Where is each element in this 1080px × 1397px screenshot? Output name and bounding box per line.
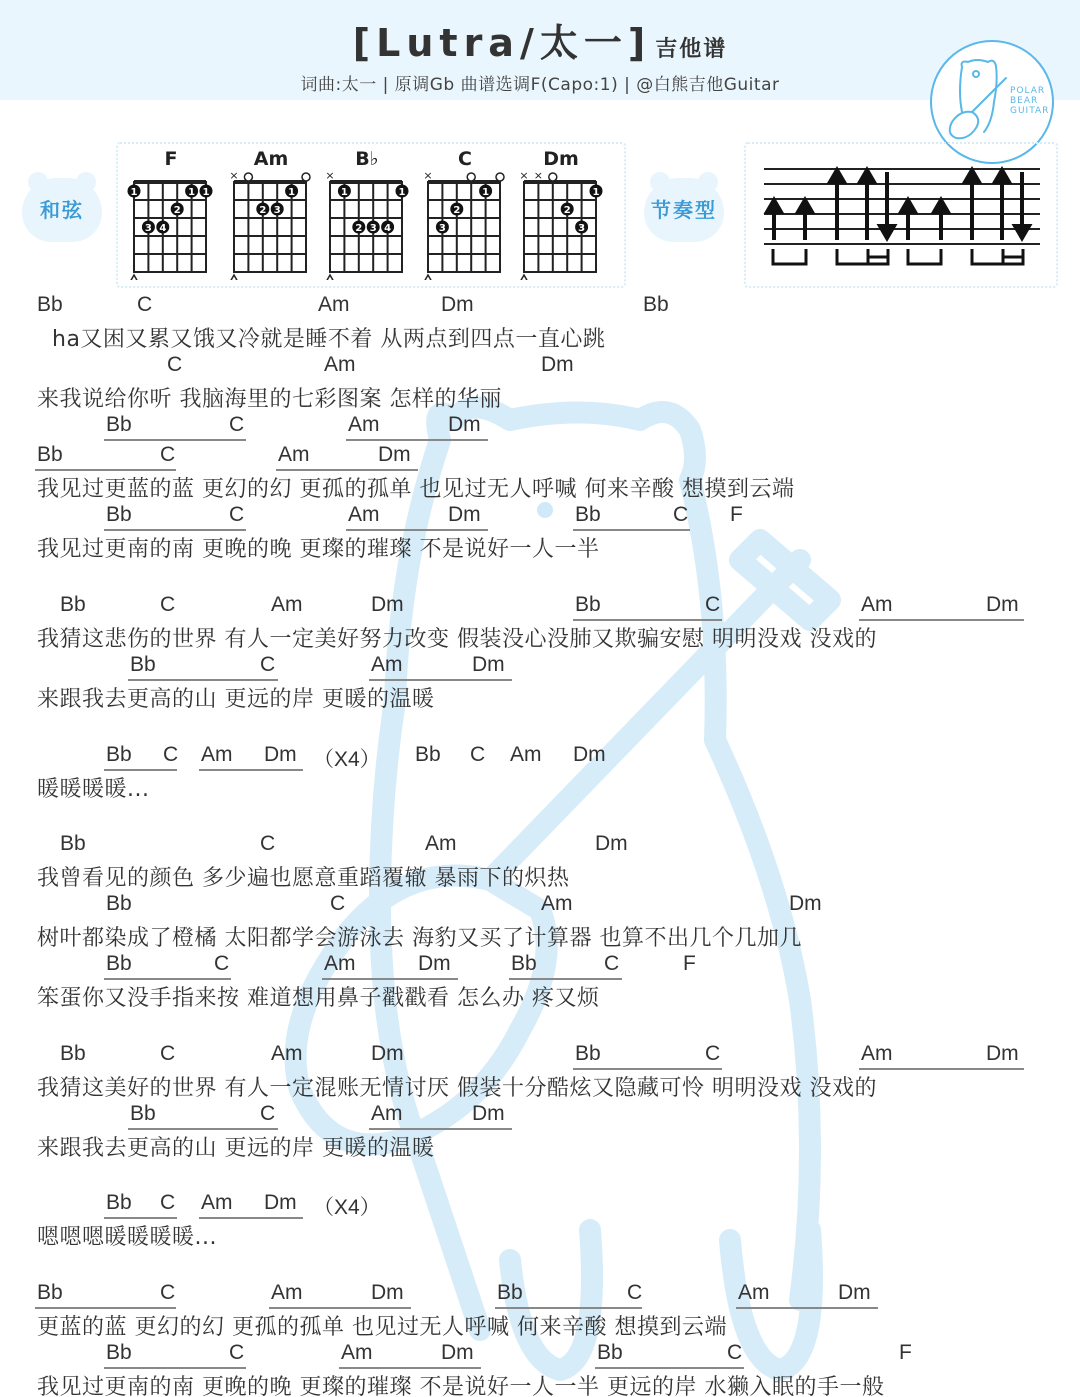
chord-symbol: Am [324,353,356,377]
chord-symbol: C [160,443,175,467]
svg-text:2: 2 [453,205,460,216]
chord-symbol: Dm [789,892,822,916]
lyric-line: 我猜这美好的世界 有人一定混账无情讨厌 假装十分酷炫又隐藏可怜 明明没戏 没戏的 [37,1071,877,1102]
chord-symbol: Bb [60,1042,86,1066]
chord-symbol: Am [371,1102,403,1126]
chord-symbol: Am [271,1042,303,1066]
lyric-line: 我见过更南的南 更晚的晚 更璨的璀璨 不是说好一人一半 [37,532,599,563]
chord-group-underline [104,978,231,980]
chord-symbol: Dm [264,743,297,767]
chord-symbol: Bb [60,593,86,617]
chord-symbol: Bb [106,1341,132,1365]
chord-group-underline [369,1128,512,1130]
chord-symbol: Bb [575,1042,601,1066]
chord-symbol: Am [348,503,380,527]
chord-group-underline [573,529,690,531]
chord-group-underline [104,769,177,771]
chord-symbol: Dm [371,593,404,617]
chord-group-underline [509,978,622,980]
svg-text:×: × [423,170,432,182]
chord-symbol: Am [541,892,573,916]
chord-symbol: Dm [441,293,474,317]
chord-symbol: C [229,503,244,527]
logo-text: POLARBEARGUITAR [1010,86,1049,116]
lyric-line: 树叶都染成了橙橘 太阳都学会游泳去 海豹又买了计算器 也算不出几个几加几 [37,921,802,952]
strum-pattern-diagram [744,142,1054,284]
chord-group-underline [346,529,488,531]
chord-group-underline [276,469,418,471]
chord-symbol: Bb [106,503,132,527]
chord-symbol: Bb [575,593,601,617]
lyric-line: 来我说给你听 我脑海里的七彩图案 怎样的华丽 [37,382,502,413]
chord-symbol: Am [324,952,356,976]
chord-group-underline [104,1217,177,1219]
chord-group-underline [859,1068,1024,1070]
chord-group-underline [104,529,246,531]
chord-symbol: （X4） [313,1191,381,1221]
lyric-line: 暖暖暖暖... [37,772,149,803]
beat-brackets [773,249,1023,264]
chord-symbol: Bb [106,413,132,437]
svg-text:×: × [534,170,543,182]
lyric-line: 我猜这悲伤的世界 有人一定美好努力改变 假装没心没肺又欺骗安慰 明明没戏 没戏的 [37,622,877,653]
chord-symbol: Am [318,293,350,317]
svg-text:×: × [325,170,334,182]
chord-name: F [126,148,216,170]
chord-symbol: Dm [472,1102,505,1126]
chord-symbol: C [260,1102,275,1126]
chord-symbol: C [727,1341,742,1365]
svg-text:2: 2 [564,205,571,216]
chord-symbol: Am [861,1042,893,1066]
chord-symbol: F [683,952,696,976]
svg-text:1: 1 [188,187,195,198]
fretboard-icon: ××123 [516,170,606,280]
chord-group-underline [369,679,512,681]
svg-text:3: 3 [439,223,446,234]
svg-text:1: 1 [203,187,210,198]
svg-text:4: 4 [159,223,166,234]
chord-name: C [420,148,510,170]
chord-symbol: Bb [106,952,132,976]
chord-group-underline [339,1367,481,1369]
lyric-line: 更蓝的蓝 更幻的幻 更孤的孤单 也见过无人呼喊 何来辛酸 想摸到云端 [37,1310,727,1341]
chord-symbol: Dm [441,1341,474,1365]
chord-symbol: C [627,1281,642,1305]
chord-group-underline [346,439,488,441]
chord-group-underline [128,1128,278,1130]
chord-symbol: Dm [472,653,505,677]
chord-symbol: Am [201,743,233,767]
chord-symbol: C [470,743,485,767]
chord-symbol: C [160,593,175,617]
chord-symbol: Am [278,443,310,467]
chord-group-underline [573,619,722,621]
chord-symbol: Am [348,413,380,437]
chord-symbol: Bb [60,832,86,856]
lyric-line: 来跟我去更高的山 更远的岸 更暖的温暖 [37,1131,435,1162]
chord-symbol: Bb [130,653,156,677]
chord-symbol: Dm [986,1042,1019,1066]
chord-symbol: C [160,1281,175,1305]
chord-group-underline [199,769,303,771]
chord-group-underline [199,1217,303,1219]
chord-symbol: C [167,353,182,377]
lyric-line: 我见过更南的南 更晚的晚 更璨的璀璨 不是说好一人一半 更远的岸 水獭入眠的手一… [37,1370,884,1397]
lyric-line: 笨蛋你又没手指来按 难道想用鼻子戳戳看 怎么办 疼又烦 [37,981,599,1012]
svg-text:4: 4 [384,223,391,234]
chord-symbol: C [160,1191,175,1215]
chord-group-underline [859,619,1024,621]
svg-text:2: 2 [174,205,181,216]
chord-symbol: Am [341,1341,373,1365]
chord-symbol: Bb [37,293,63,317]
chord-symbol: Dm [371,1042,404,1066]
svg-text:3: 3 [274,205,281,216]
svg-text:1: 1 [593,187,600,198]
svg-text:3: 3 [578,223,585,234]
fretboard-icon: 111234 [126,170,216,280]
chord-symbol: Dm [986,593,1019,617]
chord-diagram-1: Am×123 [226,148,316,280]
chord-symbol: C [330,892,345,916]
svg-text:1: 1 [399,187,406,198]
fretboard-icon: ×123 [420,170,510,280]
lyric-line: 我见过更蓝的蓝 更幻的幻 更孤的孤单 也见过无人呼喊 何来辛酸 想摸到云端 [37,472,794,503]
chord-symbol: F [899,1341,912,1365]
page-title: [Lutra/太一]吉他谱 [0,12,1080,67]
chord-symbol: Am [201,1191,233,1215]
chord-symbol: C [604,952,619,976]
chord-symbol: （X4） [313,743,381,773]
chord-symbol: Bb [37,1281,63,1305]
chord-symbol: C [229,413,244,437]
lyric-line: ha又困又累又饿又冷就是睡不着 从两点到四点一直心跳 [52,322,605,353]
chord-symbol: Bb [497,1281,523,1305]
chord-symbol: F [730,503,743,527]
svg-text:1: 1 [482,187,489,198]
chord-symbol: Dm [573,743,606,767]
chord-diagram-0: F111234 [126,148,216,280]
svg-text:2: 2 [355,223,362,234]
chord-diagram-4: Dm××123 [516,148,606,280]
chord-symbol: Dm [264,1191,297,1215]
chord-group-underline [35,469,176,471]
chord-symbol: Bb [643,293,669,317]
svg-text:1: 1 [288,187,295,198]
chord-group-underline [573,1068,722,1070]
chord-symbol: Bb [511,952,537,976]
chord-group-underline [269,1307,411,1309]
chord-group-underline [322,978,458,980]
chord-symbol: Bb [415,743,441,767]
chord-symbol: Dm [595,832,628,856]
chord-symbol: C [705,593,720,617]
chord-symbol: C [229,1341,244,1365]
lyric-line: 来跟我去更高的山 更远的岸 更暖的温暖 [37,682,435,713]
chord-symbol: Dm [378,443,411,467]
chord-symbol: Bb [106,892,132,916]
chord-symbol: C [260,832,275,856]
svg-text:×: × [519,170,528,182]
chord-symbol: Am [510,743,542,767]
chord-symbol: Dm [838,1281,871,1305]
chord-group-underline [128,679,278,681]
chord-group-underline [35,1307,176,1309]
chord-name: Am [226,148,316,170]
svg-text:1: 1 [341,187,348,198]
chord-symbol: C [214,952,229,976]
chord-symbol: Am [861,593,893,617]
chord-symbol: Am [425,832,457,856]
fretboard-icon: ×123 [226,170,316,280]
chords-label: 和弦 [22,178,102,242]
chord-symbol: Bb [575,503,601,527]
chord-group-underline [595,1367,744,1369]
fretboard-icon: ×11234 [322,170,412,280]
lyric-line: 嗯嗯嗯暖暖暖暖... [37,1220,217,1251]
lyric-line: 我曾看见的颜色 多少遍也愿意重蹈覆辙 暴雨下的炽热 [37,861,570,892]
svg-text:3: 3 [370,223,377,234]
chord-symbol: C [260,653,275,677]
chord-group-underline [736,1307,878,1309]
chord-symbol: Dm [371,1281,404,1305]
chord-symbol: Dm [448,503,481,527]
svg-text:×: × [229,170,238,182]
chord-symbol: Am [271,593,303,617]
subtitle: 词曲:太一 | 原调Gb 曲谱选调F(Capo:1) | @白熊吉他Guitar [0,70,1080,95]
chord-symbol: Dm [541,353,574,377]
chord-diagram-2: B♭×11234 [322,148,412,280]
chord-group-underline [104,439,246,441]
chord-name: B♭ [322,148,412,170]
chord-symbol: Bb [106,1191,132,1215]
chord-symbol: C [673,503,688,527]
chord-name: Dm [516,148,606,170]
chord-symbol: Am [738,1281,770,1305]
chord-symbol: Dm [448,413,481,437]
chord-group-underline [495,1307,642,1309]
chord-symbol: C [705,1042,720,1066]
chord-symbol: Bb [597,1341,623,1365]
svg-text:3: 3 [145,223,152,234]
chord-symbol: Am [271,1281,303,1305]
chord-symbol: Dm [418,952,451,976]
chord-symbol: C [163,743,178,767]
svg-text:1: 1 [131,187,138,198]
chord-symbol: Am [371,653,403,677]
chord-symbol: Bb [130,1102,156,1126]
rhythm-label: 节奏型 [644,178,724,242]
chord-symbol: C [160,1042,175,1066]
chord-diagram-3: C×123 [420,148,510,280]
chord-symbol: Bb [106,743,132,767]
chord-group-underline [104,1367,246,1369]
chord-symbol: C [137,293,152,317]
svg-text:2: 2 [259,205,266,216]
chord-symbol: Bb [37,443,63,467]
